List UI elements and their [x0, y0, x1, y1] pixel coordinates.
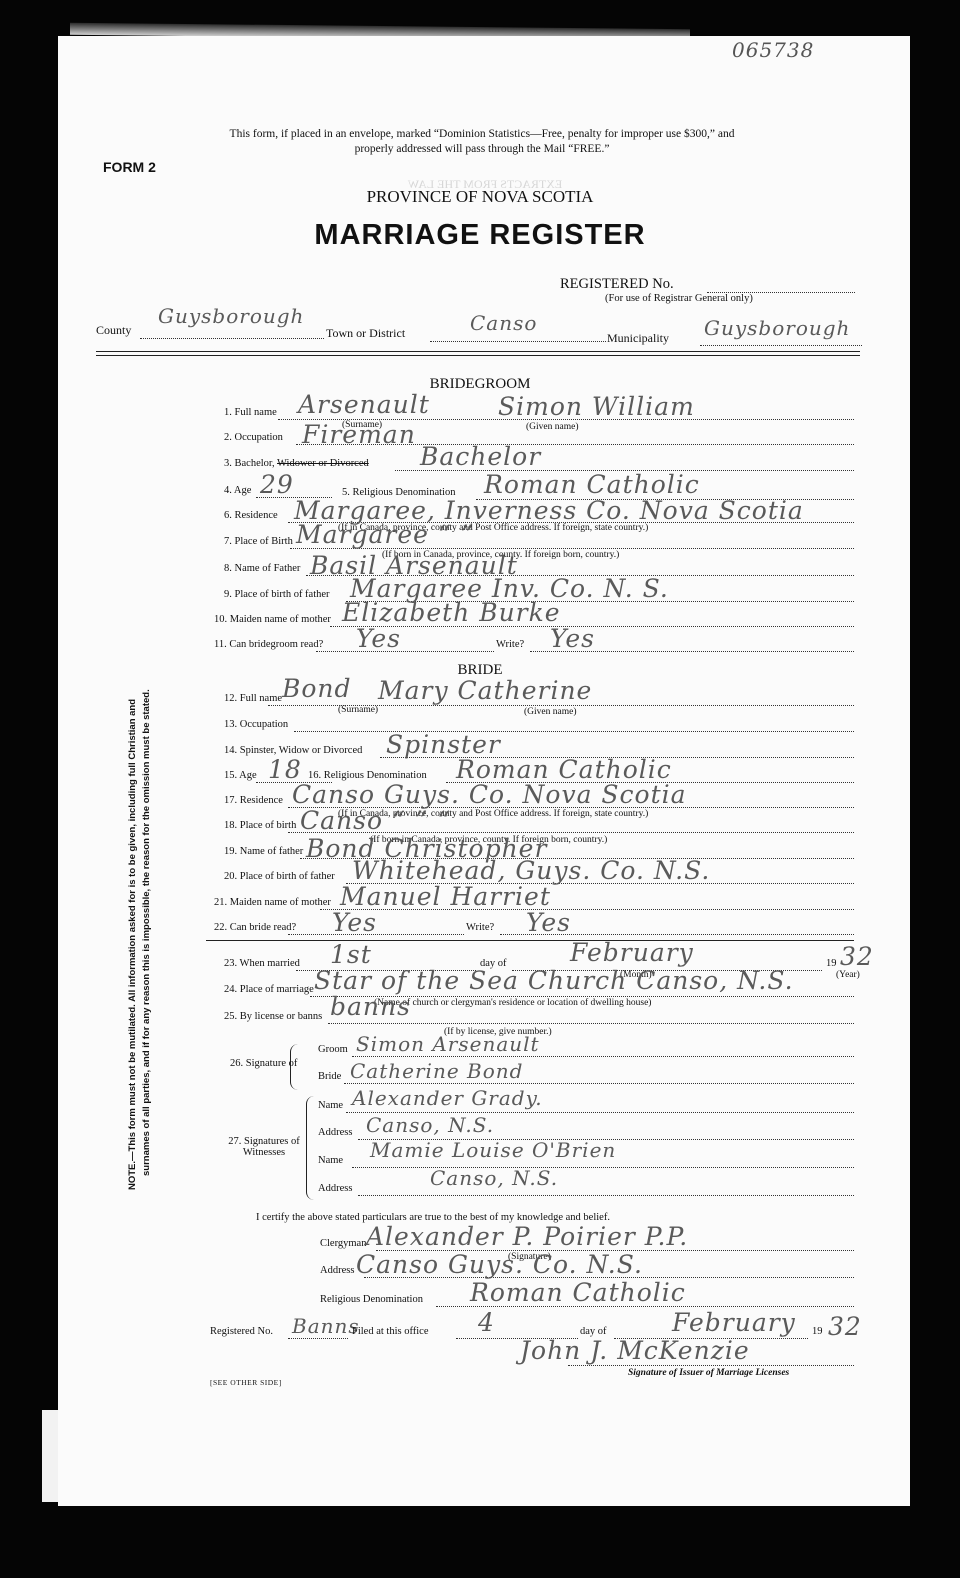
postal-notice-line2: properly addressed will pass through the…: [140, 143, 824, 155]
marriage-month-field[interactable]: February: [570, 938, 694, 967]
filed-day-field[interactable]: 4: [478, 1308, 495, 1337]
groom-mother-label: 10. Maiden name of mother: [214, 614, 331, 625]
filed-label: Filed at this office: [352, 1326, 429, 1337]
issuer-caption: Signature of Issuer of Marriage Licenses: [628, 1368, 789, 1378]
filed-month-field[interactable]: February: [672, 1308, 796, 1337]
witnesses-label-line2: Witnesses: [243, 1147, 285, 1158]
groom-read-dots: [316, 651, 494, 652]
town-label: Town or District: [326, 326, 405, 341]
bride-mother-label: 21. Maiden name of mother: [214, 897, 331, 908]
filing-registered-no-label: Registered No.: [210, 1326, 273, 1337]
status-label-prefix: 3. Bachelor,: [224, 458, 277, 469]
form-number: FORM 2: [103, 159, 156, 175]
groom-birthplace-label: 7. Place of Birth: [224, 536, 293, 547]
groom-occupation-label: 2. Occupation: [224, 432, 283, 443]
bride-signature-dots: [344, 1083, 854, 1084]
side-note-line1: NOTE.—This form must not be mutilated. A…: [127, 699, 138, 1190]
side-note: NOTE.—This form must not be mutilated. A…: [126, 689, 154, 1190]
groom-residence-label: 6. Residence: [224, 510, 278, 521]
groom-surname-field[interactable]: Arsenault: [298, 390, 430, 419]
bride-birthplace-label: 18. Place of birth: [224, 820, 296, 831]
issuer-signature-dots: [568, 1365, 854, 1366]
groom-age-label: 4. Age: [224, 485, 251, 496]
bride-read-label: 22. Can bride read?: [214, 922, 296, 933]
groom-read-label: 11. Can bridegroom read?: [214, 639, 323, 650]
bride-full-name-label: 12. Full name: [224, 693, 282, 704]
witness-2-name-field[interactable]: Mamie Louise O'Brien: [370, 1138, 616, 1162]
bride-given-name-field[interactable]: Mary Catherine: [378, 676, 592, 705]
clergyman-signature-field[interactable]: Alexander P. Poirier P.P.: [366, 1222, 688, 1251]
given-name-hint: (Given name): [526, 422, 579, 432]
groom-signature-label: Groom: [318, 1044, 348, 1055]
groom-birthplace-field[interactable]: Margaree “ ”: [296, 520, 474, 549]
see-other-side: [SEE OTHER SIDE]: [210, 1378, 282, 1387]
clergyman-label: Clergyman: [320, 1238, 366, 1249]
filing-registered-no-dots: [288, 1338, 348, 1339]
clergyman-address-label: Address: [320, 1265, 354, 1276]
witness-2-name-label: Name: [318, 1155, 343, 1166]
bride-write-field[interactable]: Yes: [526, 908, 571, 937]
groom-father-birthplace-label: 9. Place of birth of father: [224, 589, 330, 600]
witness-2-address-field[interactable]: Canso, N.S.: [430, 1166, 558, 1190]
witness-1-address-field[interactable]: Canso, N.S.: [366, 1113, 494, 1137]
status-label-struck: Widower or Divorced: [277, 458, 369, 469]
year-prefix: 19: [826, 958, 837, 969]
place-of-marriage-field[interactable]: Star of the Sea Church Canso, N.S.: [314, 966, 794, 995]
groom-status-label: 3. Bachelor, Widower or Divorced: [224, 458, 369, 469]
county-dots: [140, 338, 324, 339]
stamp-number: 065738: [732, 38, 814, 62]
groom-mother-field[interactable]: Elizabeth Burke: [342, 598, 561, 627]
place-of-marriage-label: 24. Place of marriage: [224, 984, 314, 995]
municipality-label: Municipality: [607, 331, 669, 346]
signature-label: 26. Signature of: [230, 1058, 297, 1069]
bride-signature-field[interactable]: Catherine Bond: [350, 1059, 523, 1083]
groom-age-field[interactable]: 29: [260, 470, 294, 499]
divider-top-2: [96, 355, 860, 356]
divider-top-1: [96, 351, 860, 352]
place-hint: (Name of church or clergyman's residence…: [374, 998, 651, 1008]
license-or-banns-field[interactable]: banns: [330, 992, 411, 1021]
side-note-line2: surnames of all parties, and if for any …: [141, 689, 152, 1190]
bride-signature-label: Bride: [318, 1071, 341, 1082]
registered-no-label: REGISTERED No.: [560, 276, 674, 293]
bride-birthplace-field[interactable]: Canso “ ” “: [300, 806, 451, 835]
groom-write-label: Write?: [496, 639, 524, 650]
groom-status-field[interactable]: Bachelor: [420, 442, 541, 471]
clergyman-address-field[interactable]: Canso Guys. Co. N.S.: [356, 1250, 643, 1279]
filing-registered-no-field[interactable]: Banns: [292, 1314, 360, 1338]
groom-read-field[interactable]: Yes: [356, 624, 401, 653]
clergyman-religion-field[interactable]: Roman Catholic: [470, 1278, 686, 1307]
groom-religion-field[interactable]: Roman Catholic: [484, 470, 700, 499]
clergyman-religion-label: Religious Denomination: [320, 1294, 423, 1305]
bride-write-label: Write?: [466, 922, 494, 933]
registered-no-note: (For use of Registrar General only): [605, 293, 753, 304]
county-label: County: [96, 323, 131, 338]
bride-mother-field[interactable]: Manuel Harriet: [340, 882, 551, 911]
filed-year-field[interactable]: 32: [828, 1312, 862, 1341]
divider-marriage-section: [206, 940, 854, 941]
municipality-field[interactable]: Guysborough: [704, 316, 850, 340]
license-dots: [328, 1023, 854, 1024]
witness-2-address-label: Address: [318, 1183, 352, 1194]
filing-year-prefix: 19: [812, 1326, 823, 1337]
groom-occupation-field[interactable]: Fireman: [302, 420, 416, 449]
witnesses-label: 27. Signatures ofWitnesses: [226, 1136, 302, 1158]
groom-given-name-field[interactable]: Simon William: [498, 392, 695, 421]
bride-residence-label: 17. Residence: [224, 795, 283, 806]
license-or-banns-label: 25. By license or banns: [224, 1011, 322, 1022]
witness-1-name-field[interactable]: Alexander Grady.: [352, 1086, 543, 1110]
groom-signature-field[interactable]: Simon Arsenault: [356, 1032, 540, 1056]
bride-given-name-hint: (Given name): [524, 707, 577, 717]
province-heading: PROVINCE OF NOVA SCOTIA: [250, 187, 710, 207]
witness-1-address-label: Address: [318, 1127, 352, 1138]
town-field[interactable]: Canso: [470, 311, 537, 335]
page-title: MARRIAGE REGISTER: [220, 219, 740, 252]
groom-signature-dots: [352, 1056, 854, 1057]
marriage-year-field[interactable]: 32: [840, 942, 874, 971]
groom-full-name-label: 1. Full name: [224, 407, 277, 418]
marriage-day-field[interactable]: 1st: [330, 940, 372, 969]
witnesses-brace: [306, 1096, 315, 1200]
when-married-label: 23. When married: [224, 958, 300, 969]
bride-occupation-label: 13. Occupation: [224, 719, 288, 730]
town-dots: [430, 341, 606, 342]
bride-father-birthplace-field[interactable]: Whitehead, Guys. Co. N.S.: [352, 856, 710, 885]
bride-surname-field[interactable]: Bond: [282, 674, 352, 703]
groom-father-label: 8. Name of Father: [224, 563, 300, 574]
year-hint: (Year): [836, 970, 860, 980]
witness-2-address-dots: [358, 1195, 854, 1196]
witness-2-name-dots: [352, 1167, 854, 1168]
municipality-dots: [700, 345, 862, 346]
issuer-signature-field[interactable]: John J. McKenzie: [520, 1336, 750, 1365]
county-field[interactable]: Guysborough: [158, 304, 304, 328]
bride-father-birthplace-label: 20. Place of birth of father: [224, 871, 335, 882]
bride-surname-hint: (Surname): [338, 705, 378, 715]
bride-father-label: 19. Name of father: [224, 846, 303, 857]
bride-residence-field[interactable]: Canso Guys. Co. Nova Scotia: [292, 780, 687, 809]
bride-occupation-field[interactable]: [294, 731, 854, 732]
groom-write-field[interactable]: Yes: [550, 624, 595, 653]
postal-notice-line1: This form, if placed in an envelope, mar…: [140, 128, 824, 140]
bride-read-field[interactable]: Yes: [332, 908, 377, 937]
witnesses-label-line1: 27. Signatures of: [228, 1136, 299, 1147]
witness-1-name-label: Name: [318, 1100, 343, 1111]
bride-age-label: 15. Age: [224, 770, 257, 781]
